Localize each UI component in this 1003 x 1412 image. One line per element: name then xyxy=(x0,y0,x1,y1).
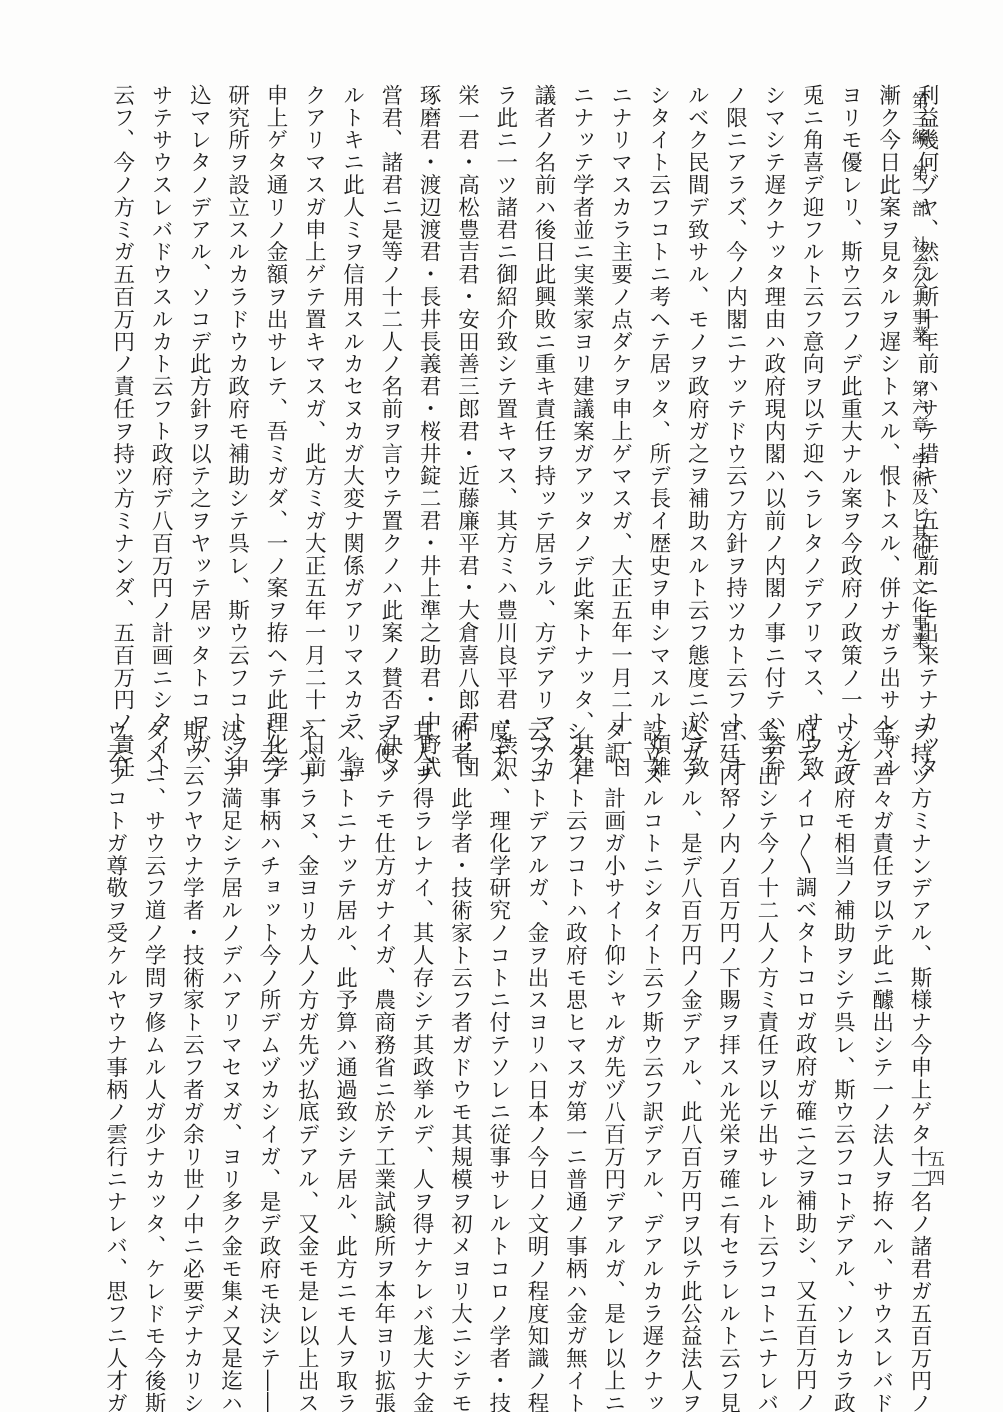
text-column: 金ヲ出シテ今ノ十二人ノ方ミ責任ヲ以テ出サレルト云フコトニナレバ xyxy=(747,720,785,1330)
text-column: 其人ヲ得ラレナイ、其人存シテ其政挙ルデ、人ヲ得ナケレバ尨大ナ金 xyxy=(402,720,440,1330)
text-column: 府デハイロ〳〵調ベタトコロガ政府ガ確ニ之ヲ補助シ、又五百万円ノ xyxy=(785,720,823,1330)
text-column: 申上ゲタ通リノ金額ヲ出サレテ、吾ミガダ、一ノ案ヲ拵ヘテ此理化学 xyxy=(256,84,294,694)
text-column: 栄一君・高松豊吉君・安田善三郎君・近藤廉平君・大倉喜八郎君・団 xyxy=(447,84,485,694)
page-number: 五四 xyxy=(922,1150,947,1188)
text-column: ノ限ニアラズ、今ノ内閣ニナッテドウ云フ方針ヲ持ツカト云フト、ナ xyxy=(715,84,753,694)
text-column: 利益幾何ゾヤ、然ル所十年前ハサテ措キ、五年前ニモ出来テナカッタ xyxy=(907,84,945,694)
text-column: ヲ使ッテモ仕方ガナイガ、農商務省ニ於テ工業試験所ヲ本年ヨリ拡張 xyxy=(364,720,402,1330)
text-column: 度デハ、理化学研究ノコトニ付テソレニ従事サレルトコロノ学者・技 xyxy=(478,720,516,1330)
text-column: ウカ政府モ相当ノ補助ヲシテ呉レ、斯ウ云フコトデアル、ソレカラ政 xyxy=(823,720,861,1330)
text-column: 金ハ吾々ガ責任ヲ以テ此ニ醵出シテ一ノ法人ヲ拵ヘル、サウスレバド xyxy=(861,720,899,1330)
text-column: シマシテ遅クナッタ理由ハ政府現内閣ハ以前ノ内閣ノ事ニ付テハ答弁 xyxy=(754,84,792,694)
text-column: 込ガアル、是デ八百万円ノ金デアル、此八百万円ヲ以テ此公益法人ヲ xyxy=(670,720,708,1330)
text-column: ルトキニ此人ミヲ信用スルカセヌカガ大変ナ関係ガアリマスカラ、諄 xyxy=(332,84,370,694)
text-column: 云フ、今ノ方ミガ五百万円ノ責任ヲ持ツ方ミナンダ、五百万円ノ責任 xyxy=(102,84,140,694)
text-column: タメニ、サウ云フ道ノ学問ヲ修ムル人ガ少ナカッタ、ケレドモ今後斯 xyxy=(134,720,172,1330)
text-column: 決シテ満足シテ居ルノデハアリマセヌガ、ヨリ多ク金モ集メ又是迄ハ xyxy=(210,720,248,1330)
text-column: タ訳、計画ガ小サイト仰シャルガ先ヅ八百万円デアルガ、是レ以上ニ xyxy=(593,720,631,1330)
text-column: ヲ持ツ方ミナンデアル、斯様ナ今申上ゲタ十二名ノ諸君ガ五百万円ノ xyxy=(900,720,938,1330)
text-column: クアリマスガ申上ゲテ置キマスガ、此方ミガ大正五年一月二十一日前 xyxy=(294,84,332,694)
text-column: 研究所ヲ設立スルカラドウカ政府モ補助シテ呉レ、斯ウ云フコトヲ申 xyxy=(217,84,255,694)
text-column: 斯ウ云フヤウナ学者・技術家ト云フ者ガ余リ世ノ中ニ必要デナカリシ xyxy=(172,720,210,1330)
text-column: シタイト云フコトニ考ヘテ居ッタ、所デ長イ歴史ヲ申シマスルト煩雑 xyxy=(639,84,677,694)
text-column: 云フコトデアルガ、金ヲ出スヨリハ日本ノ今日ノ文明ノ程度知識ノ程 xyxy=(517,720,555,1330)
text-column: シタイト云フコトハ政府モ思ヒマスガ第一ニ普通ノ事柄ハ金ガ無イト xyxy=(555,720,593,1330)
text-column: ネバナラヌ、金ヨリカ人ノ方ガ先ヅ払底デアル、又金モ是レ以上出ス xyxy=(287,720,325,1330)
text-column: 営君、諸君ニ是等ノ十二人ノ名前ヲ言ウテ置クノハ此案ノ賛否ヲ決メ xyxy=(371,84,409,694)
text-column: ニナリマスカラ主要ノ点ダケヲ申上ゲマスガ、大正五年一月二十一日 xyxy=(600,84,638,694)
text-column: 琢磨君・渡辺渡君・長井長義君・桜井錠二君・井上準之助君・中野武 xyxy=(409,84,447,694)
text-column: ヨリモ優レリ、斯ウ云フノデ此重大ナル案ヲ今政府ノ政策ノ一トシテ xyxy=(830,84,868,694)
upper-text-block: 利益幾何ゾヤ、然ル所十年前ハサテ措キ、五年前ニモ出来テナカッタ 漸ク今日此案ヲ見… xyxy=(65,84,945,694)
text-column: スルコトニナッテ居ル、此予算ハ通過致シテ居ル、此方ニモ人ヲ取ラ xyxy=(325,720,363,1330)
text-column: ウ云フコトガ尊敬ヲ受ケルヤウナ事柄ノ雲行ニナレバ、思フニ人才ガ xyxy=(95,720,133,1330)
text-column: 兎ニ角喜デ迎フルト云フ意向ヲ以テ迎ヘラレタノデアリマス、サウ致 xyxy=(792,84,830,694)
text-column: サテサウスレバドウスルカト云フト政府デ八百万円ノ計画ニシタイト xyxy=(141,84,179,694)
text-column: 術者、此学者・技術家ト云フ者ガドウモ其規模ヲ初メヨリ大ニシテモ xyxy=(440,720,478,1330)
text-column: 漸ク今日此案ヲ見タルヲ遅シトスル、恨トスル、併ナガラ出サレザル xyxy=(868,84,906,694)
text-column: 設立スルコトニシタイト云フ斯ウ云フ訳デアル、デアルカラ遅クナッ xyxy=(632,720,670,1330)
text-column: 議者ノ名前ハ後日此興敗ニ重キ責任ヲ持ッテ居ラル、方デアリマスカ xyxy=(524,84,562,694)
text-column: ニナッテ学者並ニ実業家ヨリ建議案ガアッタノデ此案トナッタ、其建 xyxy=(562,84,600,694)
text-column: ト云フ事柄ハチョット今ノ所デムヅカシイガ、是デ政府モ決シテ―― xyxy=(249,720,287,1330)
lower-text-block: ヲ持ツ方ミナンデアル、斯様ナ今申上ゲタ十二名ノ諸君ガ五百万円ノ 金ハ吾々ガ責任ヲ… xyxy=(58,720,938,1330)
text-column: ルベク民間デ致サル、モノヲ政府ガ之ヲ補助スルト云フ態度ニ於テ致 xyxy=(677,84,715,694)
text-column: ラ此ニ一ツ諸君ニ御紹介致シテ置キマス、其方ミハ豊川良平君・渋沢 xyxy=(485,84,523,694)
text-column: 宮廷内帑ノ内ノ百万円ノ下賜ヲ拝スル光栄ヲ確ニ有セラレルト云フ見 xyxy=(708,720,746,1330)
document-page: 第三編 第一部 社会公共事業 第六章 学術及ビ其他ノ文化事業 利益幾何ゾヤ、然ル… xyxy=(0,0,1003,1412)
text-column: 込マレタノデアル、ソコデ此方針ヲ以テ之ヲヤッテ居ッタトコロガ、 xyxy=(179,84,217,694)
